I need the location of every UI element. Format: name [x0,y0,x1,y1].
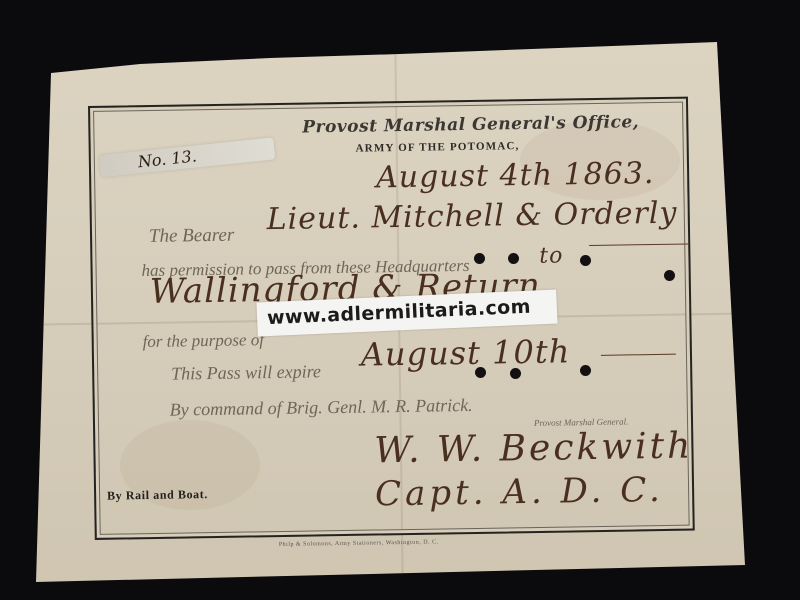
date-handwritten: August 4th 1863. [376,156,655,195]
punch-hole [580,255,591,266]
transport-note: By Rail and Boat. [107,487,208,504]
punch-hole [510,368,521,379]
army-subtitle: ARMY OF THE POTOMAC, [356,140,520,155]
punch-hole [474,253,485,264]
punch-hole [664,270,675,281]
pass-number-tag: No. 13. [99,137,275,177]
to-handwritten: to [539,243,563,268]
expiry-underline [601,354,676,356]
office-title: Provost Marshal General's Office, [302,112,639,137]
printer-imprint: Philp & Solomons, Army Stationers, Washi… [279,539,439,548]
bearer-underline [589,243,689,246]
signature-title: Capt. A. D. C. [375,470,664,515]
punch-hole [580,365,591,376]
command-line: By command of Brig. Genl. M. R. Patrick. [170,395,473,421]
expiry-handwritten: August 10th [361,332,571,373]
punch-hole [475,367,486,378]
expiry-label: This Pass will expire [171,361,321,384]
pass-number: No. 13. [137,146,198,171]
bearer-label: The Bearer [149,225,235,248]
punch-hole [508,253,519,264]
watermark-text: www.adlermilitaria.com [267,296,532,329]
bearer-handwritten: Lieut. Mitchell & Orderly [266,196,677,237]
signature-name: W. W. Beckwith [374,425,694,471]
purpose-label: for the purpose of [142,330,264,352]
